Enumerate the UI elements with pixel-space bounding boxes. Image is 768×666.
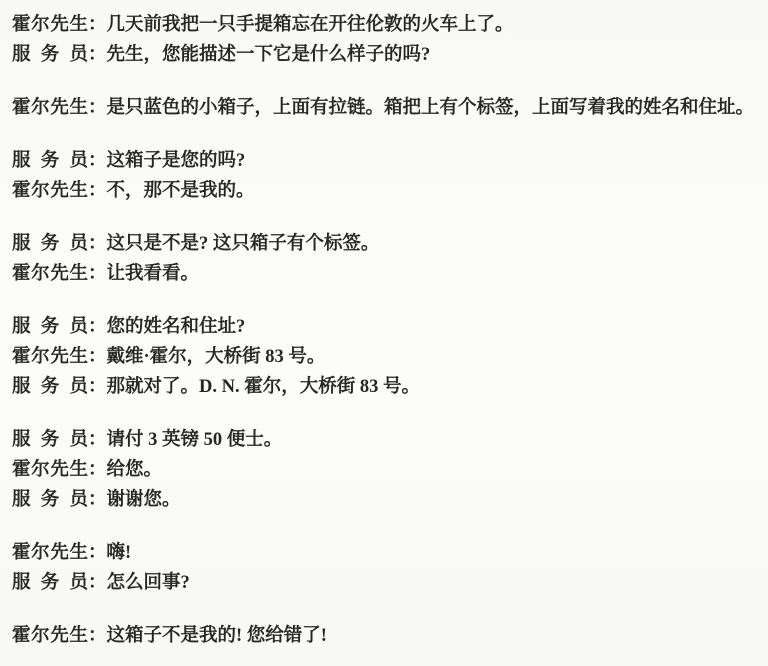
utterance-text: 这箱子不是我的! 您给错了! bbox=[107, 626, 327, 646]
dialogue-document: 霍尔先生：几天前我把一只手提箱忘在开往伦敦的火车上了。 服务员：先生，您能描述一… bbox=[0, 0, 768, 666]
speaker-colon: ： bbox=[88, 568, 107, 598]
speaker-label: 霍尔先生 bbox=[12, 176, 88, 206]
dialogue-line: 霍尔先生：几天前我把一只手提箱忘在开往伦敦的火车上了。 bbox=[12, 10, 766, 40]
dialogue-line: 霍尔先生：不，那不是我的。 bbox=[12, 176, 766, 206]
speaker-label: 服务员 bbox=[12, 146, 88, 176]
speaker-label: 霍尔先生 bbox=[12, 93, 88, 123]
dialogue-group: 服务员：请付 3 英镑 50 便士。 霍尔先生：给您。 服务员：谢谢您。 bbox=[12, 425, 766, 515]
speaker-label: 服务员 bbox=[12, 425, 88, 455]
dialogue-line: 服务员：这箱子是您的吗? bbox=[12, 146, 766, 176]
speaker-colon: ： bbox=[88, 425, 107, 455]
speaker-label: 霍尔先生 bbox=[12, 538, 88, 568]
utterance-text: 这只是不是? 这只箱子有个标签。 bbox=[107, 234, 380, 254]
speaker-colon: ： bbox=[88, 229, 107, 259]
dialogue-group: 服务员：您的姓名和住址? 霍尔先生：戴维·霍尔，大桥街 83 号。 服务员：那就… bbox=[12, 312, 766, 402]
speaker-colon: ： bbox=[88, 312, 107, 342]
utterance-text: 不，那不是我的。 bbox=[107, 181, 255, 201]
utterance-text: 您的姓名和住址? bbox=[107, 317, 246, 337]
speaker-label: 服务员 bbox=[12, 568, 88, 598]
dialogue-line: 服务员：先生，您能描述一下它是什么样子的吗? bbox=[12, 40, 766, 70]
speaker-colon: ： bbox=[88, 485, 107, 515]
utterance-text: 那就对了。D. N. 霍尔，大桥街 83 号。 bbox=[107, 377, 420, 397]
speaker-colon: ： bbox=[88, 146, 107, 176]
speaker-colon: ： bbox=[88, 93, 107, 123]
utterance-text: 嗨! bbox=[107, 543, 132, 563]
speaker-colon: ： bbox=[88, 176, 107, 206]
utterance-text: 怎么回事? bbox=[107, 573, 190, 593]
dialogue-group: 霍尔先生：几天前我把一只手提箱忘在开往伦敦的火车上了。 服务员：先生，您能描述一… bbox=[12, 10, 766, 70]
dialogue-line: 服务员：怎么回事? bbox=[12, 568, 766, 598]
speaker-colon: ： bbox=[88, 372, 107, 402]
dialogue-line: 服务员：您的姓名和住址? bbox=[12, 312, 766, 342]
speaker-label: 霍尔先生 bbox=[12, 621, 88, 651]
dialogue-line: 霍尔先生：让我看看。 bbox=[12, 259, 766, 289]
speaker-label: 霍尔先生 bbox=[12, 342, 88, 372]
utterance-text: 是只蓝色的小箱子，上面有拉链。箱把上有个标签，上面写着我的姓名和住址。 bbox=[107, 98, 755, 118]
speaker-label: 服务员 bbox=[12, 485, 88, 515]
speaker-label: 霍尔先生 bbox=[12, 259, 88, 289]
dialogue-group: 霍尔先生：嗨! 服务员：怎么回事? bbox=[12, 538, 766, 598]
dialogue-line: 霍尔先生：是只蓝色的小箱子，上面有拉链。箱把上有个标签，上面写着我的姓名和住址。 bbox=[12, 93, 766, 123]
speaker-label: 服务员 bbox=[12, 229, 88, 259]
speaker-label: 服务员 bbox=[12, 372, 88, 402]
utterance-text: 让我看看。 bbox=[107, 264, 200, 284]
utterance-text: 几天前我把一只手提箱忘在开往伦敦的火车上了。 bbox=[107, 15, 514, 35]
speaker-colon: ： bbox=[88, 342, 107, 372]
speaker-colon: ： bbox=[88, 259, 107, 289]
dialogue-line: 霍尔先生：嗨! bbox=[12, 538, 766, 568]
speaker-label: 服务员 bbox=[12, 40, 88, 70]
dialogue-group: 服务员：这只是不是? 这只箱子有个标签。 霍尔先生：让我看看。 bbox=[12, 229, 766, 289]
utterance-text: 这箱子是您的吗? bbox=[107, 151, 246, 171]
speaker-colon: ： bbox=[88, 621, 107, 651]
dialogue-line: 服务员：请付 3 英镑 50 便士。 bbox=[12, 425, 766, 455]
dialogue-line: 霍尔先生：戴维·霍尔，大桥街 83 号。 bbox=[12, 342, 766, 372]
dialogue-line: 服务员：这只是不是? 这只箱子有个标签。 bbox=[12, 229, 766, 259]
dialogue-line: 服务员：那就对了。D. N. 霍尔，大桥街 83 号。 bbox=[12, 372, 766, 402]
utterance-text: 谢谢您。 bbox=[107, 490, 181, 510]
speaker-label: 霍尔先生 bbox=[12, 455, 88, 485]
dialogue-line: 霍尔先生：给您。 bbox=[12, 455, 766, 485]
speaker-label: 服务员 bbox=[12, 312, 88, 342]
dialogue-group: 霍尔先生：是只蓝色的小箱子，上面有拉链。箱把上有个标签，上面写着我的姓名和住址。 bbox=[12, 93, 766, 123]
dialogue-line: 服务员：谢谢您。 bbox=[12, 485, 766, 515]
speaker-colon: ： bbox=[88, 10, 107, 40]
dialogue-group: 霍尔先生：这箱子不是我的! 您给错了! bbox=[12, 621, 766, 651]
speaker-label: 霍尔先生 bbox=[12, 10, 88, 40]
speaker-colon: ： bbox=[88, 455, 107, 485]
utterance-text: 戴维·霍尔，大桥街 83 号。 bbox=[107, 347, 326, 367]
speaker-colon: ： bbox=[88, 538, 107, 568]
speaker-colon: ： bbox=[88, 40, 107, 70]
utterance-text: 先生，您能描述一下它是什么样子的吗? bbox=[107, 45, 431, 65]
utterance-text: 给您。 bbox=[107, 460, 163, 480]
dialogue-group: 服务员：这箱子是您的吗? 霍尔先生：不，那不是我的。 bbox=[12, 146, 766, 206]
dialogue-line: 霍尔先生：这箱子不是我的! 您给错了! bbox=[12, 621, 766, 651]
utterance-text: 请付 3 英镑 50 便士。 bbox=[107, 430, 283, 450]
